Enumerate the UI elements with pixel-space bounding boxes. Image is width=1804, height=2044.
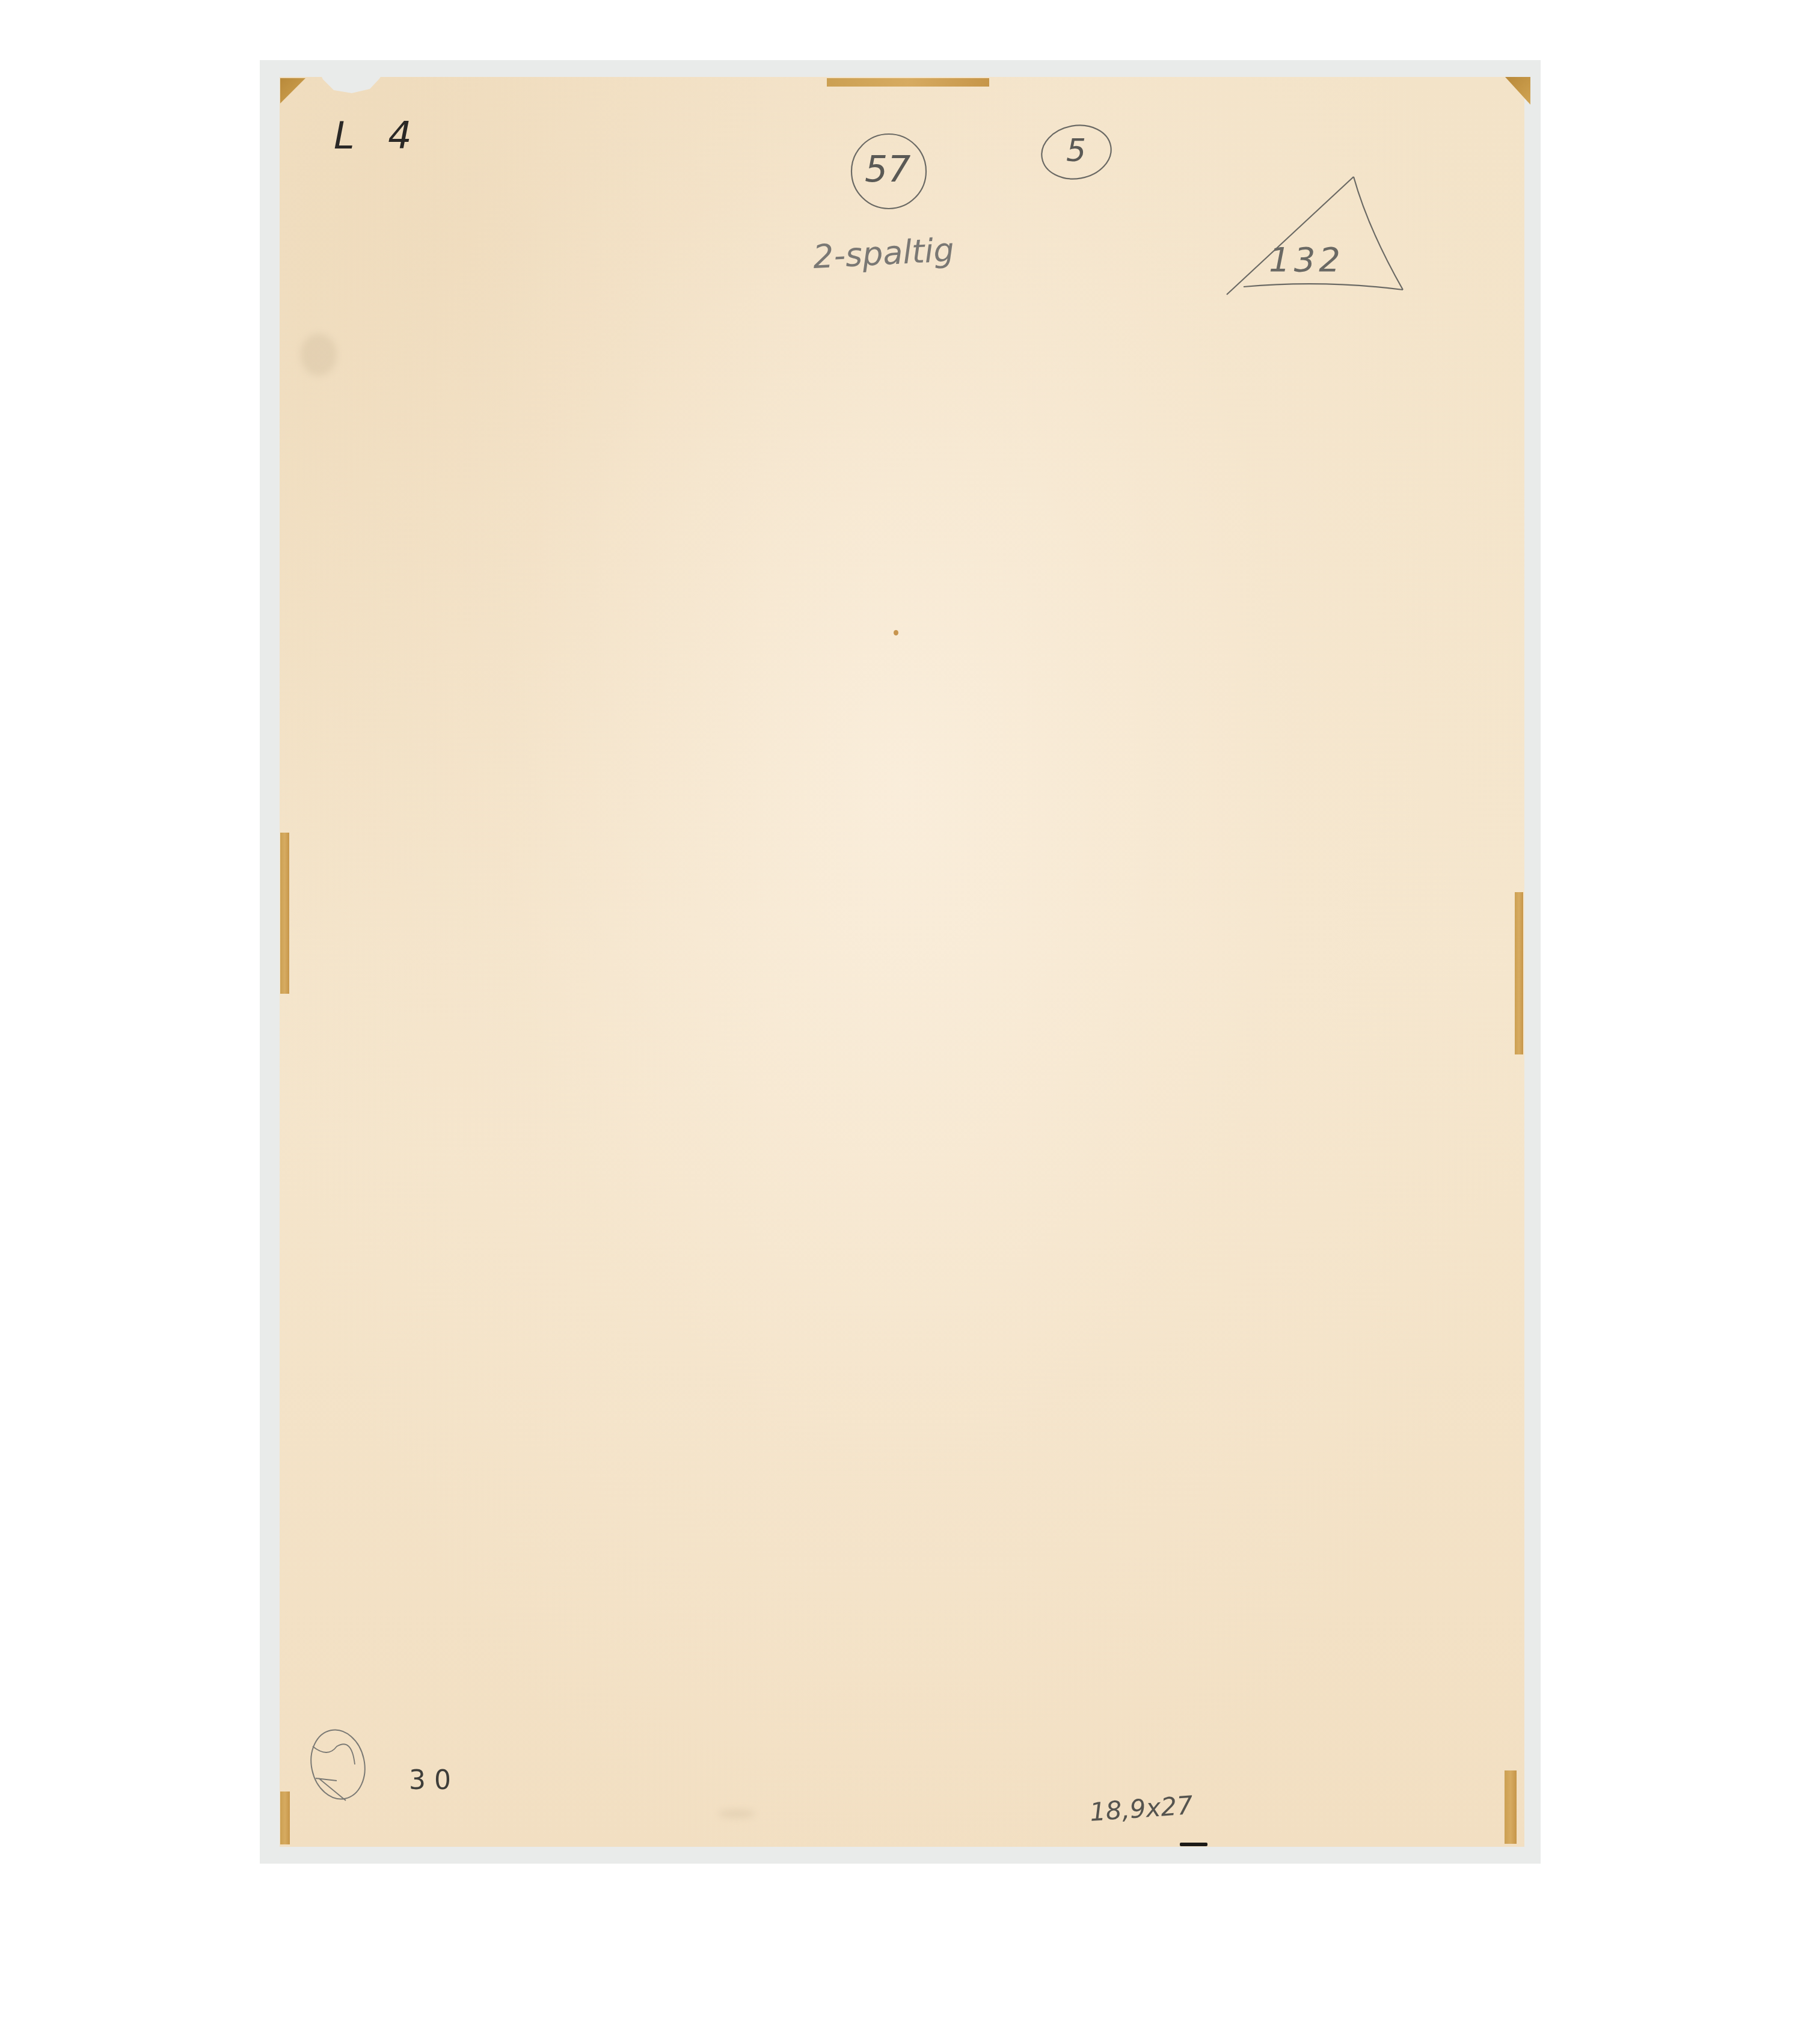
circled-number-57: 57 (865, 151, 910, 188)
pencil-marks (0, 0, 1804, 2044)
column-note: 2-spaltig (812, 234, 955, 274)
bottom-left-circle-scribble (313, 1744, 355, 1801)
bottom-left-circle-mark (305, 1725, 371, 1804)
ink-note-l4: L 4 (334, 117, 423, 155)
triangle-number-132: 132 (1269, 243, 1344, 277)
dimensions-note: 18,9x27 (1089, 1793, 1194, 1825)
bottom-number-30: 30 (409, 1767, 459, 1794)
circled-number-5: 5 (1066, 135, 1086, 167)
